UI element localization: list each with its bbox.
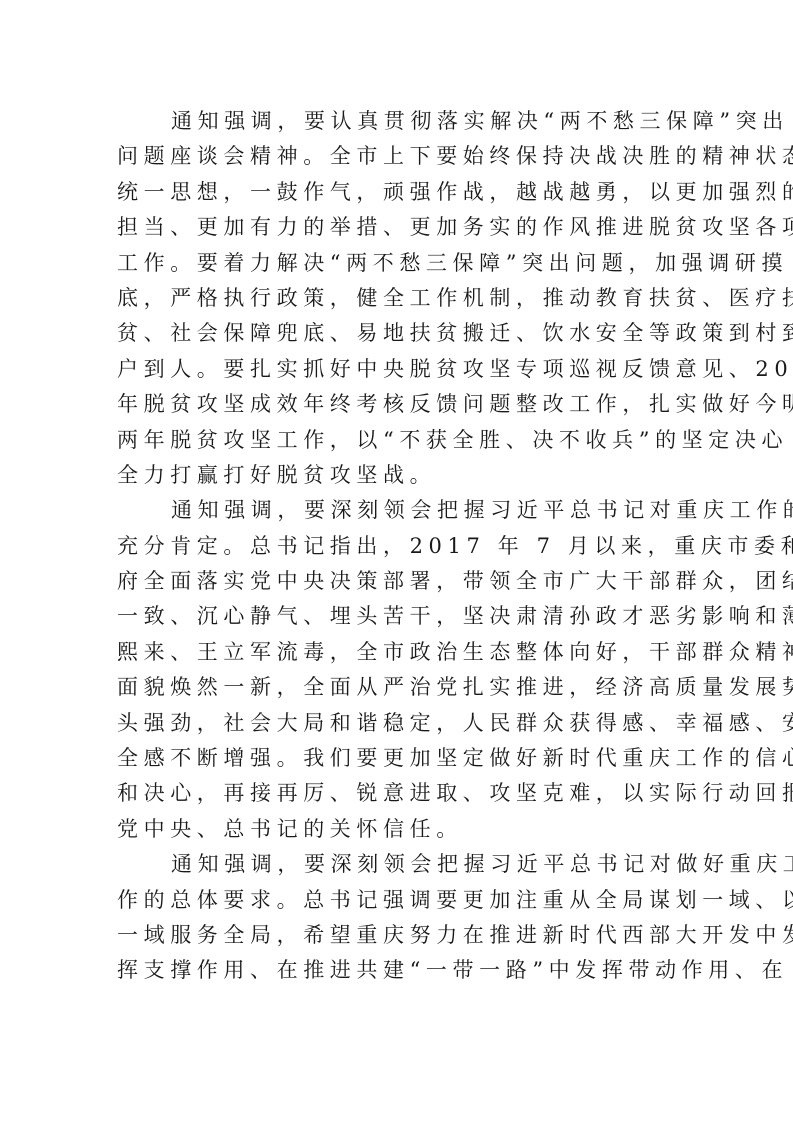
paragraph-1: 通知强调，要认真贯彻落实解决“两不愁三保障”突出 问题座谈会精神。全市上下要始终…	[117, 104, 689, 493]
paragraph-3: 通知强调，要深刻领会把握习近平总书记对做好重庆工 作的总体要求。总书记强调要更加…	[117, 847, 689, 989]
text-line: 面貌焕然一新，全面从严治党扎实推进，经济高质量发展势	[117, 670, 689, 705]
text-line: 底，严格执行政策，健全工作机制，推动教育扶贫、医疗扶	[117, 281, 689, 316]
text-line: 户到人。要扎实抓好中央脱贫攻坚专项巡视反馈意见、2018	[117, 352, 689, 387]
text-line: 全感不断增强。我们要更加坚定做好新时代重庆工作的信心	[117, 741, 689, 776]
text-line: 通知强调，要认真贯彻落实解决“两不愁三保障”突出	[117, 104, 689, 139]
text-line: 和决心，再接再厉、锐意进取、攻坚克难，以实际行动回报	[117, 776, 689, 811]
document-page: 通知强调，要认真贯彻落实解决“两不愁三保障”突出 问题座谈会精神。全市上下要始终…	[117, 104, 689, 989]
text-line: 挥支撑作用、在推进共建“一带一路”中发挥带动作用、在	[117, 953, 689, 988]
text-line: 熙来、王立军流毒，全市政治生态整体向好，干部群众精神	[117, 635, 689, 670]
text-line: 统一思想，一鼓作气，顽强作战，越战越勇，以更加强烈的	[117, 175, 689, 210]
text-line: 全力打赢打好脱贫攻坚战。	[117, 458, 689, 493]
text-line: 年脱贫攻坚成效年终考核反馈问题整改工作，扎实做好今明	[117, 387, 689, 422]
text-line: 党中央、总书记的关怀信任。	[117, 812, 689, 847]
text-line: 一致、沉心静气、埋头苦干，坚决肃清孙政才恶劣影响和薄	[117, 599, 689, 634]
text-line: 通知强调，要深刻领会把握习近平总书记对做好重庆工	[117, 847, 689, 882]
text-line: 工作。要着力解决“两不愁三保障”突出问题，加强调研摸	[117, 246, 689, 281]
text-line: 担当、更加有力的举措、更加务实的作风推进脱贫攻坚各项	[117, 210, 689, 245]
text-line: 两年脱贫攻坚工作，以“不获全胜、决不收兵”的坚定决心	[117, 423, 689, 458]
paragraph-2: 通知强调，要深刻领会把握习近平总书记对重庆工作的 充分肯定。总书记指出，2017…	[117, 493, 689, 847]
text-line: 问题座谈会精神。全市上下要始终保持决战决胜的精神状态，	[117, 139, 689, 174]
text-line: 一域服务全局，希望重庆努力在推进新时代西部大开发中发	[117, 918, 689, 953]
text-line: 头强劲，社会大局和谐稳定，人民群众获得感、幸福感、安	[117, 706, 689, 741]
text-line: 贫、社会保障兜底、易地扶贫搬迁、饮水安全等政策到村到	[117, 316, 689, 351]
text-line: 作的总体要求。总书记强调要更加注重从全局谋划一域、以	[117, 883, 689, 918]
text-line: 充分肯定。总书记指出，2017 年 7 月以来，重庆市委和市政	[117, 529, 689, 564]
text-line: 府全面落实党中央决策部署，带领全市广大干部群众，团结	[117, 564, 689, 599]
text-line: 通知强调，要深刻领会把握习近平总书记对重庆工作的	[117, 493, 689, 528]
